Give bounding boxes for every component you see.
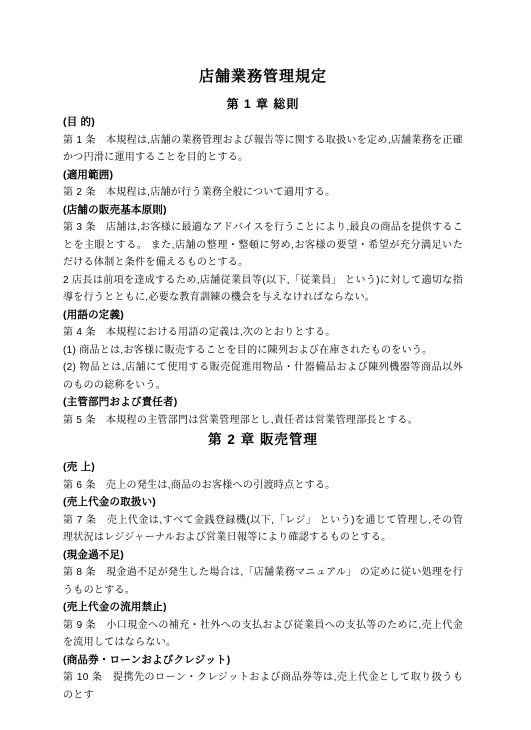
article-4: 第 4 条 本規程における用語の定義は,次のとおりとする。 <box>63 324 463 342</box>
article-2: 第 2 条 本規程は,店舗が行う業務全般について適用する。 <box>63 184 463 202</box>
chapter-2-heading: 第 2 章 販売管理 <box>63 431 463 449</box>
document-title: 店舗業務管理規定 <box>63 66 463 88</box>
article-1: 第 1 条 本規程は,店舗の業務管理および報告等に関する取扱いを定め,店舗業務を… <box>63 132 463 167</box>
article-8: 第 8 条 現金過不足が発生した場合は,「店舗業務マニュアル」 の定めに従い処理… <box>63 564 463 599</box>
article-3: 第 3 条 店舗は,お客様に最適なアドバイスを行うことにより,最良の商品を提供す… <box>63 219 463 272</box>
article-5: 第 5 条 本規程の主管部門は営業管理部とし,責任者は営業管理部長とする。 <box>63 412 463 430</box>
article-4-item-2: (2) 物品とは,店舗にて使用する販売促進用物品・什器備品および陳列機器等商品以… <box>63 359 463 394</box>
article-10: 第 10 条 提携先のローン・クレジットおよび商品券等は,売上代金として取り扱う… <box>63 669 463 704</box>
section-heading-purpose: (目 的) <box>63 114 463 132</box>
document-content: 店舗業務管理規定 第 1 章 総則 (目 的) 第 1 条 本規程は,店舗の業務… <box>63 66 463 704</box>
document-page: 店舗業務管理規定 第 1 章 総則 (目 的) 第 1 条 本規程は,店舗の業務… <box>0 0 531 730</box>
section-heading-vouchers-credit: (商品券・ローンおよびクレジット) <box>63 652 463 670</box>
section-heading-scope: (適用範囲) <box>63 167 463 185</box>
article-4-item-1: (1) 商品とは,お客様に販売することを目的に陳列および在庫されたものをいう。 <box>63 342 463 360</box>
section-heading-responsible-dept: (主管部門および責任者) <box>63 394 463 412</box>
section-heading-diversion-ban: (売上代金の流用禁止) <box>63 599 463 617</box>
section-heading-sales-principles: (店舗の販売基本原則) <box>63 202 463 220</box>
article-6: 第 6 条 売上の発生は,商品のお客様への引渡時点とする。 <box>63 477 463 495</box>
chapter-1-heading: 第 1 章 総則 <box>63 96 463 112</box>
section-heading-cash-discrepancy: (現金過不足) <box>63 547 463 565</box>
section-heading-definitions: (用語の定義) <box>63 307 463 325</box>
article-9: 第 9 条 小口現金への補充・社外への支払および従業員への支払等のために,売上代… <box>63 617 463 652</box>
section-heading-sales: (売 上) <box>63 459 463 477</box>
section-heading-sales-proceeds: (売上代金の取扱い) <box>63 494 463 512</box>
article-7: 第 7 条 売上代金は,すべて金銭登録機(以下,「レジ」 という)を通じて管理し… <box>63 512 463 547</box>
article-3-clause-2: 2 店長は前項を達成するため,店舗従業員等(以下,「従業員」 という)に対して適… <box>63 272 463 307</box>
